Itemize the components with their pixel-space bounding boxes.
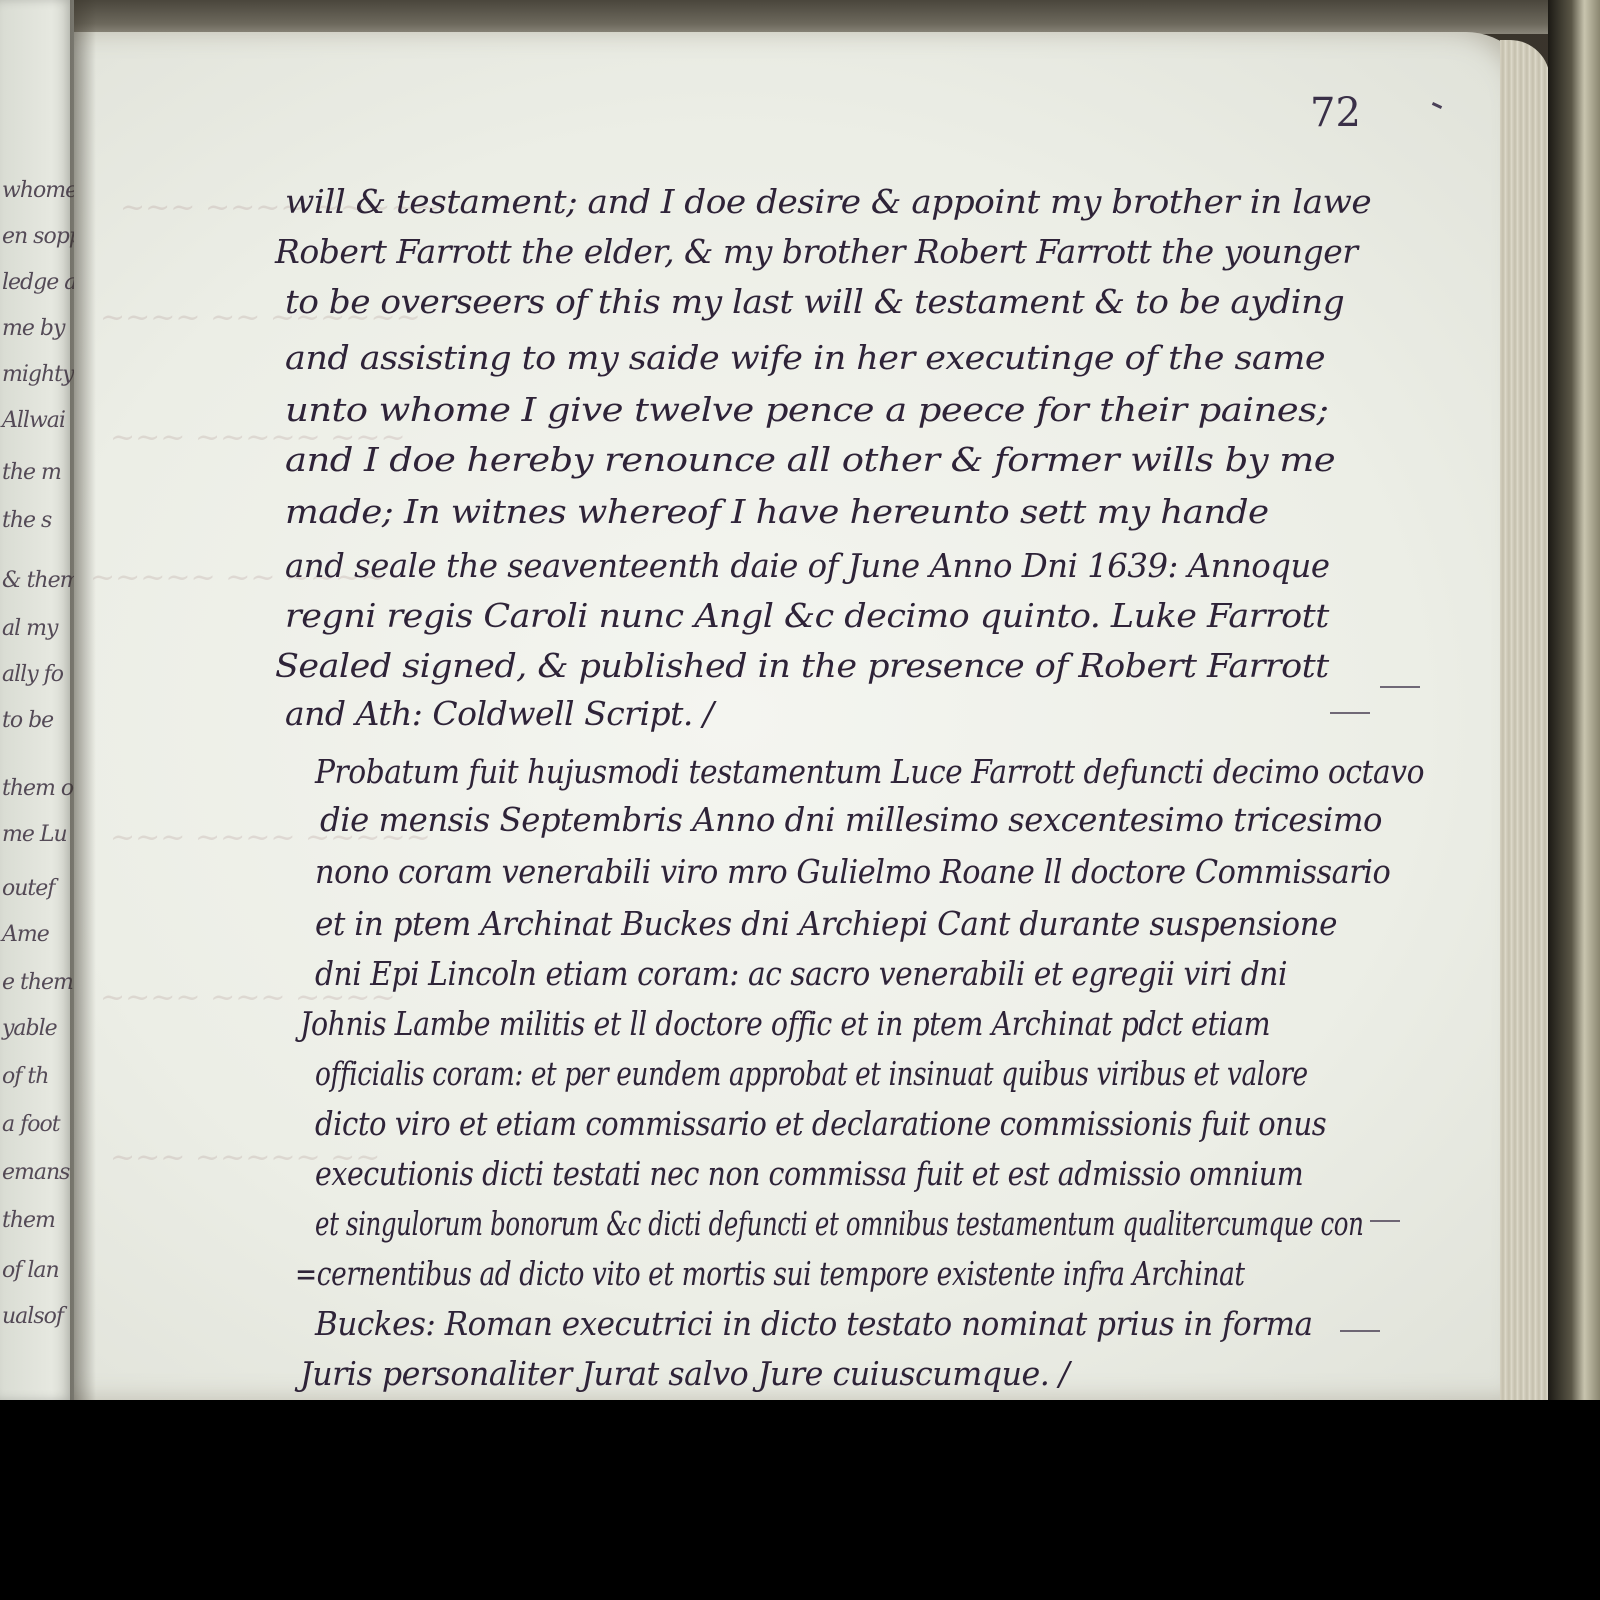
facing-fragment: the s [2,508,51,533]
facing-fragment: ally fo [2,662,63,687]
facing-page-left: whome en sopp ledge ap me by mighty Allw… [0,0,74,1400]
manuscript-line: regni regis Caroli nunc Angl &c decimo q… [285,596,1329,635]
probate-line: officialis coram: et per eundem approbat… [315,1054,1308,1093]
gutter-shadow [70,0,96,1400]
facing-fragment: of lan [2,1258,59,1283]
facing-fragment: e them [2,970,73,995]
manuscript-line: and Ath: Coldwell Script. / [285,694,714,733]
binding-right [1548,0,1600,1400]
probate-line: nono coram venerabili viro mro Gulielmo … [315,852,1390,891]
page-number: 72 [1310,90,1361,136]
line-filler-stroke [1380,686,1420,688]
facing-fragment: to be [2,708,53,733]
probate-line: Buckes: Roman executrici in dicto testat… [315,1304,1313,1343]
manuscript-line: and assisting to my saide wife in her ex… [285,338,1325,377]
facing-fragment: me by [2,316,64,341]
facing-fragment: Allwai [2,408,65,433]
probate-line: Johnis Lambe militis et ll doctore offic… [300,1004,1270,1043]
probate-line: =cernentibus ad dicto vito et mortis sui… [295,1254,1245,1293]
facing-fragment: the m [2,460,61,485]
line-filler-stroke [1370,1220,1400,1222]
facing-fragment: outef [2,876,54,901]
page-edges-right [1500,40,1550,1400]
probate-line: dicto viro et etiam commissario et decla… [315,1104,1326,1143]
facing-fragment: them [2,1208,55,1233]
probate-line: Juris personaliter Jurat salvo Jure cuiu… [300,1354,1069,1393]
probate-line: et singulorum bonorum &c dicti defuncti … [315,1204,1363,1243]
manuscript-line: and seale the seaventeenth daie of June … [285,546,1329,585]
manuscript-line: and I doe hereby renounce all other & fo… [285,440,1335,479]
manuscript-photo: whome en sopp ledge ap me by mighty Allw… [0,0,1600,1400]
manuscript-line: unto whome I give twelve pence a peece f… [285,390,1328,429]
facing-fragment: whome [2,178,77,203]
manuscript-line: will & testament; and I doe desire & app… [285,182,1371,221]
binding-top-strip [60,0,1600,34]
manuscript-line: Sealed signed, & published in the presen… [275,646,1329,685]
facing-fragment: al my [2,616,57,641]
facing-fragment: of th [2,1064,48,1089]
probate-line: dni Epi Lincoln etiam coram: ac sacro ve… [315,954,1287,993]
facing-fragment: me Lu [2,822,67,847]
facing-fragment: Ame [2,922,49,947]
facing-fragment: & them [2,568,79,593]
probate-line: executionis dicti testati nec non commis… [315,1154,1303,1193]
line-filler-stroke [1330,712,1370,714]
black-margin [0,1400,1600,1600]
facing-fragment: emans [2,1160,69,1185]
probate-line: die mensis Septembris Anno dni millesimo… [320,800,1382,839]
manuscript-line: to be overseers of this my last will & t… [285,282,1344,321]
probate-line: et in ptem Archinat Buckes dni Archiepi … [315,904,1337,943]
manuscript-line: made; In witnes whereof I have hereunto … [285,492,1269,531]
facing-fragment: ualsof [2,1304,63,1329]
facing-fragment: mighty [2,362,73,387]
manuscript-line: Robert Farrott the elder, & my brother R… [275,232,1358,271]
facing-fragment: yable [2,1016,57,1041]
probate-line: Probatum fuit hujusmodi testamentum Luce… [315,752,1424,791]
line-filler-stroke [1340,1330,1380,1332]
facing-fragment: a foot [2,1112,60,1137]
